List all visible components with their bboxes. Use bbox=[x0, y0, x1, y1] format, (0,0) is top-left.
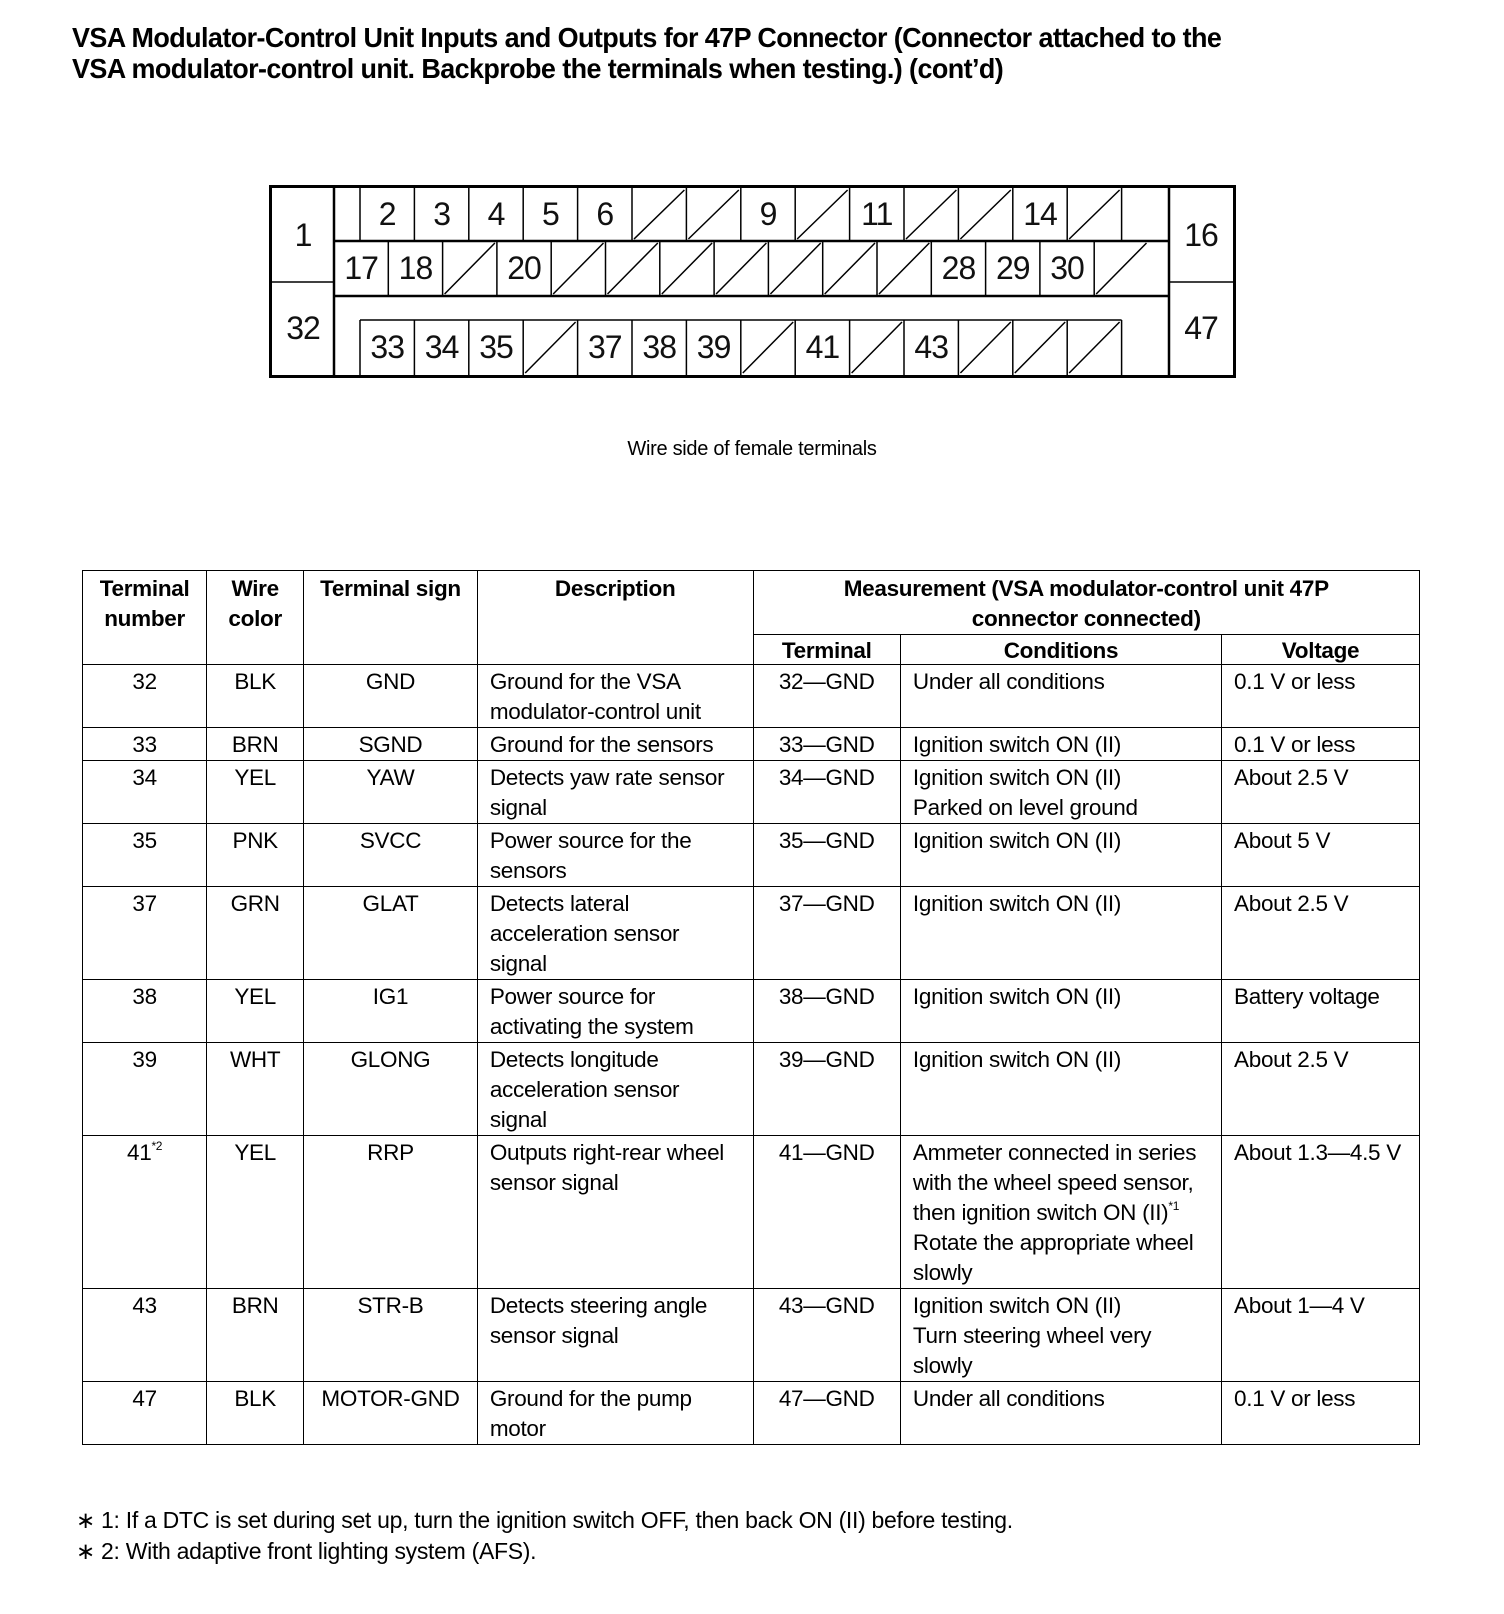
voltage-text: About 5 V bbox=[1234, 828, 1330, 853]
conditions: Under all conditions bbox=[900, 1382, 1221, 1445]
measure-terminal-text: 34—GND bbox=[779, 765, 875, 790]
terminal-sign: RRP bbox=[304, 1136, 478, 1289]
terminal-33: 33 bbox=[360, 320, 414, 375]
wire-color: BLK bbox=[207, 665, 304, 728]
conditions-text: Ammeter connected in series with the whe… bbox=[913, 1140, 1196, 1225]
terminal-sign-text: SGND bbox=[359, 732, 423, 757]
conditions-text: Ignition switch ON (II) bbox=[913, 1047, 1121, 1072]
measure-terminal: 33—GND bbox=[753, 728, 900, 761]
terminal-sign: IG1 bbox=[304, 980, 478, 1043]
wire-color: PNK bbox=[207, 824, 304, 887]
wire-color-text: BRN bbox=[232, 1293, 279, 1318]
voltage-text: 0.1 V or less bbox=[1234, 732, 1355, 757]
title-line-1: VSA Modulator-Control Unit Inputs and Ou… bbox=[72, 22, 1444, 53]
measure-terminal: 38—GND bbox=[753, 980, 900, 1043]
description: Outputs right-rear wheel sensor signal bbox=[477, 1136, 753, 1289]
terminal-17: 17 bbox=[334, 241, 388, 296]
measure-terminal: 37—GND bbox=[753, 887, 900, 980]
description: Power source for activating the system bbox=[477, 980, 753, 1043]
wire-color: GRN bbox=[207, 887, 304, 980]
terminal-47: 47 bbox=[1169, 282, 1233, 375]
table-row: 33BRNSGNDGround for the sensors33—GNDIgn… bbox=[83, 728, 1420, 761]
conditions: Ignition switch ON (II) bbox=[900, 824, 1221, 887]
description-text: Power source for activating the system bbox=[490, 984, 694, 1039]
terminal-number-text: 38 bbox=[132, 984, 156, 1009]
header-wire-color: Wire color bbox=[207, 571, 304, 665]
terminal-32: 32 bbox=[272, 282, 334, 375]
terminal-1: 1 bbox=[272, 188, 334, 282]
conditions: Ammeter connected in series with the whe… bbox=[900, 1136, 1221, 1289]
measure-terminal: 32—GND bbox=[753, 665, 900, 728]
voltage: About 1—4 V bbox=[1222, 1289, 1420, 1382]
description-text: Outputs right-rear wheel sensor signal bbox=[490, 1140, 724, 1195]
terminal-number-text: 47 bbox=[132, 1386, 156, 1411]
terminal-sign-text: GLONG bbox=[351, 1047, 431, 1072]
wire-color: YEL bbox=[207, 1136, 304, 1289]
conditions-text: Ignition switch ON (II) bbox=[913, 828, 1121, 853]
terminal-number: 33 bbox=[83, 728, 207, 761]
measure-terminal-text: 39—GND bbox=[779, 1047, 875, 1072]
terminal-sign-text: STR-B bbox=[357, 1293, 423, 1318]
conditions-text: Ignition switch ON (II) bbox=[913, 984, 1121, 1009]
header-measurement: Measurement (VSA modulator-control unit … bbox=[753, 571, 1420, 635]
description: Detects yaw rate sensor signal bbox=[477, 761, 753, 824]
table-row: 41*2YELRRPOutputs right-rear wheel senso… bbox=[83, 1136, 1420, 1289]
terminal-sign: GND bbox=[304, 665, 478, 728]
conditions: Ignition switch ON (II) bbox=[900, 728, 1221, 761]
header-terminal-number: Terminal number bbox=[83, 571, 207, 665]
measure-terminal-text: 41—GND bbox=[779, 1140, 875, 1165]
terminal-sign-text: MOTOR-GND bbox=[321, 1386, 459, 1411]
terminal-number-text: 35 bbox=[132, 828, 156, 853]
table-row: 38YELIG1Power source for activating the … bbox=[83, 980, 1420, 1043]
terminal-sign: GLONG bbox=[304, 1043, 478, 1136]
footnote-ref: *1 bbox=[1168, 1199, 1179, 1213]
terminal-number-text: 33 bbox=[132, 732, 156, 757]
measure-terminal-text: 38—GND bbox=[779, 984, 875, 1009]
terminal-sign: STR-B bbox=[304, 1289, 478, 1382]
voltage: About 2.5 V bbox=[1222, 761, 1420, 824]
conditions: Ignition switch ON (II) bbox=[900, 887, 1221, 980]
voltage-text: 0.1 V or less bbox=[1234, 669, 1355, 694]
terminal-sign: GLAT bbox=[304, 887, 478, 980]
measure-terminal-text: 47—GND bbox=[779, 1386, 875, 1411]
description-text: Detects steering angle sensor signal bbox=[490, 1293, 707, 1348]
conditions-extra: Turn steering wheel very slowly bbox=[913, 1321, 1209, 1381]
header-m-voltage: Voltage bbox=[1222, 635, 1420, 665]
terminal-6: 6 bbox=[578, 188, 632, 241]
terminal-number: 39 bbox=[83, 1043, 207, 1136]
terminal-43: 43 bbox=[904, 320, 958, 375]
terminal-sign: SGND bbox=[304, 728, 478, 761]
description: Detects steering angle sensor signal bbox=[477, 1289, 753, 1382]
measure-terminal-text: 33—GND bbox=[779, 732, 875, 757]
terminal-sign-text: GND bbox=[366, 669, 415, 694]
wire-color-text: YEL bbox=[234, 1140, 276, 1165]
description: Detects lateral acceleration sensor sign… bbox=[477, 887, 753, 980]
measure-terminal: 34—GND bbox=[753, 761, 900, 824]
wire-color-text: GRN bbox=[231, 891, 280, 916]
conditions-text: Under all conditions bbox=[913, 669, 1105, 694]
terminal-18: 18 bbox=[388, 241, 442, 296]
description: Power source for the sensors bbox=[477, 824, 753, 887]
measure-terminal-text: 37—GND bbox=[779, 891, 875, 916]
header-m-terminal: Terminal bbox=[753, 635, 900, 665]
terminal-number-text: 37 bbox=[132, 891, 156, 916]
measure-terminal: 43—GND bbox=[753, 1289, 900, 1382]
conditions: Ignition switch ON (II) bbox=[900, 1043, 1221, 1136]
terminal-20: 20 bbox=[497, 241, 551, 296]
terminal-number: 34 bbox=[83, 761, 207, 824]
wire-color: BRN bbox=[207, 1289, 304, 1382]
terminal-sign-text: GLAT bbox=[363, 891, 419, 916]
conditions-text: Ignition switch ON (II) bbox=[913, 1293, 1121, 1318]
terminal-39: 39 bbox=[686, 320, 740, 375]
table-row: 43BRNSTR-BDetects steering angle sensor … bbox=[83, 1289, 1420, 1382]
terminal-34: 34 bbox=[414, 320, 468, 375]
wire-color-text: BLK bbox=[234, 1386, 276, 1411]
description-text: Detects longitude acceleration sensor si… bbox=[490, 1047, 679, 1132]
terminal-sign-text: IG1 bbox=[373, 984, 408, 1009]
description-text: Detects lateral acceleration sensor sign… bbox=[490, 891, 679, 976]
description-text: Detects yaw rate sensor signal bbox=[490, 765, 724, 820]
terminal-number: 38 bbox=[83, 980, 207, 1043]
table-row: 47BLKMOTOR-GNDGround for the pump motor4… bbox=[83, 1382, 1420, 1445]
terminal-4: 4 bbox=[469, 188, 523, 241]
terminal-sign: SVCC bbox=[304, 824, 478, 887]
terminal-table: Terminal number Wire color Terminal sign… bbox=[82, 570, 1420, 1445]
terminal-14: 14 bbox=[1013, 188, 1067, 241]
wire-color-text: PNK bbox=[232, 828, 277, 853]
table-row: 34YELYAWDetects yaw rate sensor signal34… bbox=[83, 761, 1420, 824]
conditions: Ignition switch ON (II)Turn steering whe… bbox=[900, 1289, 1221, 1382]
footnote-2: ∗ 2: With adaptive front lighting system… bbox=[76, 1536, 1013, 1567]
measure-terminal: 39—GND bbox=[753, 1043, 900, 1136]
terminal-number: 37 bbox=[83, 887, 207, 980]
voltage-text: 0.1 V or less bbox=[1234, 1386, 1355, 1411]
conditions: Ignition switch ON (II) bbox=[900, 980, 1221, 1043]
terminal-number: 47 bbox=[83, 1382, 207, 1445]
voltage: Battery voltage bbox=[1222, 980, 1420, 1043]
voltage: About 2.5 V bbox=[1222, 887, 1420, 980]
terminal-number-text: 43 bbox=[132, 1293, 156, 1318]
table-row: 32BLKGNDGround for the VSA modulator-con… bbox=[83, 665, 1420, 728]
footnote-1: ∗ 1: If a DTC is set during set up, turn… bbox=[76, 1505, 1013, 1536]
title-line-2: VSA modulator-control unit. Backprobe th… bbox=[72, 53, 1444, 84]
terminal-9: 9 bbox=[741, 188, 795, 241]
terminal-sign: MOTOR-GND bbox=[304, 1382, 478, 1445]
wire-color-text: YEL bbox=[234, 765, 276, 790]
voltage: About 1.3—4.5 V bbox=[1222, 1136, 1420, 1289]
header-description: Description bbox=[477, 571, 753, 665]
terminal-41: 41 bbox=[795, 320, 849, 375]
measure-terminal: 35—GND bbox=[753, 824, 900, 887]
terminal-37: 37 bbox=[578, 320, 632, 375]
voltage-text: Battery voltage bbox=[1234, 984, 1380, 1009]
terminal-number: 32 bbox=[83, 665, 207, 728]
connector-caption: Wire side of female terminals bbox=[0, 438, 1504, 461]
terminal-sign-text: SVCC bbox=[360, 828, 421, 853]
connector-diagram: 1321647234569111417182028293033343537383… bbox=[269, 185, 1236, 378]
terminal-sign-text: YAW bbox=[367, 765, 415, 790]
table-row: 39WHTGLONGDetects longitude acceleration… bbox=[83, 1043, 1420, 1136]
wire-color: BLK bbox=[207, 1382, 304, 1445]
terminal-30: 30 bbox=[1040, 241, 1094, 296]
voltage: 0.1 V or less bbox=[1222, 1382, 1420, 1445]
voltage: About 5 V bbox=[1222, 824, 1420, 887]
measure-terminal-text: 35—GND bbox=[779, 828, 875, 853]
measure-terminal-text: 43—GND bbox=[779, 1293, 875, 1318]
wire-color: BRN bbox=[207, 728, 304, 761]
conditions-text: Under all conditions bbox=[913, 1386, 1105, 1411]
terminal-number: 41*2 bbox=[83, 1136, 207, 1289]
page-title: VSA Modulator-Control Unit Inputs and Ou… bbox=[72, 22, 1444, 84]
voltage: 0.1 V or less bbox=[1222, 665, 1420, 728]
header-m-conditions: Conditions bbox=[900, 635, 1221, 665]
description: Ground for the VSA modulator-control uni… bbox=[477, 665, 753, 728]
terminal-sign: YAW bbox=[304, 761, 478, 824]
description: Ground for the pump motor bbox=[477, 1382, 753, 1445]
terminal-number-text: 32 bbox=[132, 669, 156, 694]
conditions: Under all conditions bbox=[900, 665, 1221, 728]
wire-color: YEL bbox=[207, 980, 304, 1043]
description-text: Ground for the pump motor bbox=[490, 1386, 692, 1441]
terminal-sign-text: RRP bbox=[367, 1140, 414, 1165]
description-text: Power source for the sensors bbox=[490, 828, 692, 883]
terminal-28: 28 bbox=[931, 241, 985, 296]
terminal-number-text: 34 bbox=[132, 765, 156, 790]
measure-terminal: 41—GND bbox=[753, 1136, 900, 1289]
measure-terminal-text: 32—GND bbox=[779, 669, 875, 694]
voltage-text: About 2.5 V bbox=[1234, 1047, 1348, 1072]
header-terminal-sign: Terminal sign bbox=[304, 571, 478, 665]
description: Detects longitude acceleration sensor si… bbox=[477, 1043, 753, 1136]
wire-color-text: BLK bbox=[234, 669, 276, 694]
table-row: 35PNKSVCCPower source for the sensors35—… bbox=[83, 824, 1420, 887]
wire-color: WHT bbox=[207, 1043, 304, 1136]
conditions-text: Ignition switch ON (II) bbox=[913, 891, 1121, 916]
terminal-number: 35 bbox=[83, 824, 207, 887]
terminal-35: 35 bbox=[469, 320, 523, 375]
terminal-16: 16 bbox=[1169, 188, 1233, 282]
voltage-text: About 1.3—4.5 V bbox=[1234, 1140, 1401, 1165]
wire-color-text: YEL bbox=[234, 984, 276, 1009]
description-text: Ground for the VSA modulator-control uni… bbox=[490, 669, 701, 724]
terminal-2: 2 bbox=[360, 188, 414, 241]
terminal-number-text: 41 bbox=[127, 1140, 151, 1165]
terminal-38: 38 bbox=[632, 320, 686, 375]
wire-color: YEL bbox=[207, 761, 304, 824]
voltage: About 2.5 V bbox=[1222, 1043, 1420, 1136]
terminal-11: 11 bbox=[850, 188, 904, 241]
terminal-number: 43 bbox=[83, 1289, 207, 1382]
description-text: Ground for the sensors bbox=[490, 732, 714, 757]
wire-color-text: WHT bbox=[230, 1047, 280, 1072]
description: Ground for the sensors bbox=[477, 728, 753, 761]
conditions-text: Ignition switch ON (II) bbox=[913, 732, 1121, 757]
terminal-number-text: 39 bbox=[132, 1047, 156, 1072]
wire-color-text: BRN bbox=[232, 732, 279, 757]
measure-terminal: 47—GND bbox=[753, 1382, 900, 1445]
footnotes: ∗ 1: If a DTC is set during set up, turn… bbox=[76, 1505, 1013, 1567]
terminal-5: 5 bbox=[523, 188, 577, 241]
conditions: Ignition switch ON (II)Parked on level g… bbox=[900, 761, 1221, 824]
conditions-extra: Rotate the appropriate wheel slowly bbox=[913, 1228, 1209, 1288]
voltage-text: About 2.5 V bbox=[1234, 765, 1348, 790]
voltage-text: About 1—4 V bbox=[1234, 1293, 1365, 1318]
terminal-29: 29 bbox=[986, 241, 1040, 296]
table-row: 37GRNGLATDetects lateral acceleration se… bbox=[83, 887, 1420, 980]
voltage: 0.1 V or less bbox=[1222, 728, 1420, 761]
footnote-ref: *2 bbox=[151, 1139, 162, 1153]
voltage-text: About 2.5 V bbox=[1234, 891, 1348, 916]
conditions-extra: Parked on level ground bbox=[913, 793, 1209, 823]
terminal-3: 3 bbox=[414, 188, 468, 241]
conditions-text: Ignition switch ON (II) bbox=[913, 765, 1121, 790]
